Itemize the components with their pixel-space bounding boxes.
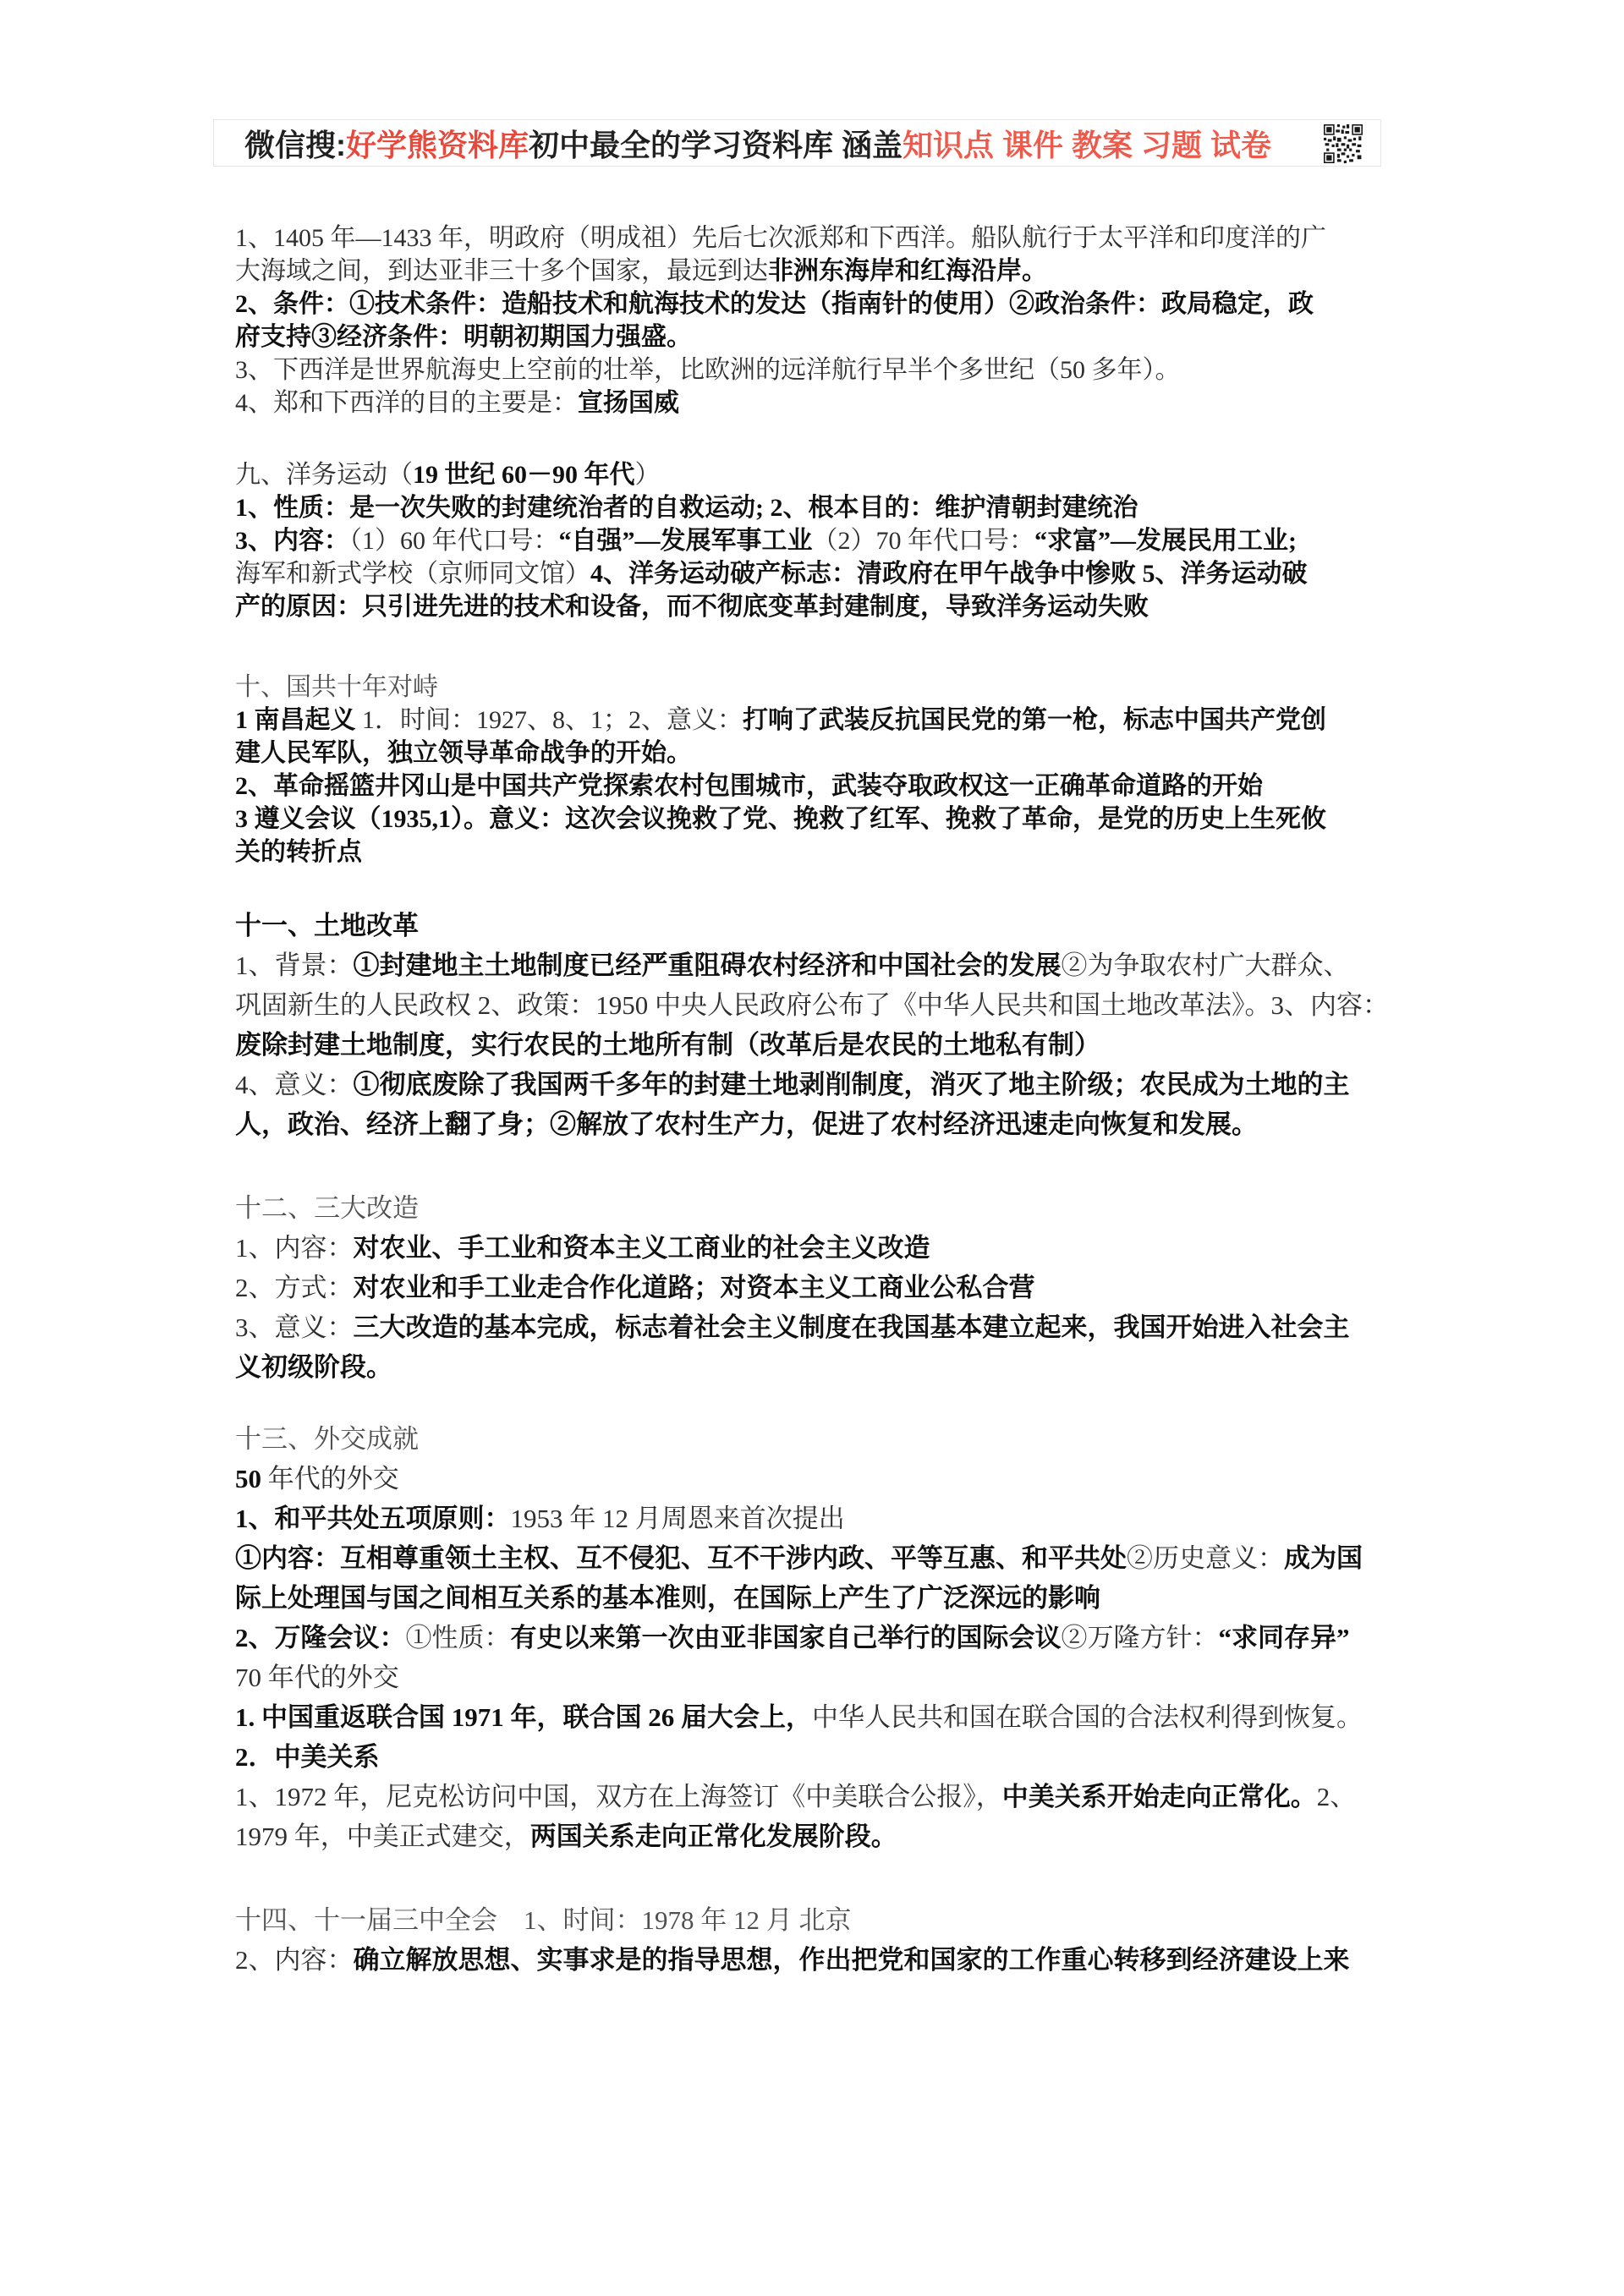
doc-text: 1．时间：1927、8、1；2、意义： [356,706,743,734]
doc-line: 产的原因：只引进先进的技术和设备，而不彻底变革封建制度，导致洋务运动失败 [235,590,1392,623]
section-duizhi: 十、国共十年对峙1 南昌起义 1．时间：1927、8、1；2、意义：打响了武装反… [235,671,1392,869]
section-waijiao: 十三、外交成就50 年代的外交1、和平共处五项原则：1953 年 12 月周恩来… [235,1419,1392,1856]
doc-text: （2）70 年代口号： [813,527,1035,555]
doc-line: 1、1405 年—1433 年，明政府（明成祖）先后七次派郑和下西洋。船队航行于… [235,222,1392,255]
doc-line: 3、下西洋是世界航海史上空前的壮举，比欧洲的远洋航行早半个多世纪（50 多年）。 [235,353,1392,386]
doc-text: 大海域之间，到达亚非三十多个国家，最远到达 [235,257,768,285]
doc-line: 十四、十一届三中全会 1、时间：1978 年 12 月 北京 [235,1900,1392,1940]
doc-text-bold: 建人民军队，独立领导革命战争的开始。 [235,739,692,767]
doc-text: ②万隆方针： [1062,1623,1219,1652]
doc-text-bold: 对农业、手工业和资本主义工商业的社会主义改造 [354,1233,930,1263]
doc-text-bold: 4、洋务运动破产标志：清政府在甲午战争中惨败 5、洋务运动破 [590,560,1308,588]
doc-text-bold: 3、内容： [235,527,349,555]
doc-text-bold: 三大改造的基本完成，标志着社会主义制度在我国基本建立起来，我国开始进入社会主 [354,1312,1350,1342]
doc-text-bold: 义初级阶段。 [235,1352,392,1382]
doc-text: 1、内容： [235,1233,354,1263]
doc-text-bold: 际上处理国与国之间相互关系的基本准则，在国际上产生了广泛深远的影响 [235,1583,1100,1613]
doc-line: 2、内容：确立解放思想、实事求是的指导思想，作出把党和国家的工作重心转移到经济建… [235,1940,1392,1980]
doc-text-bold: 人，政治、经济上翻了身；②解放了农村生产力，促进了农村经济迅速走向恢复和发展。 [235,1110,1258,1139]
qr-code-icon [1324,124,1363,163]
doc-line: 3 遵义会议（1935,1）。意义：这次会议挽救了党、挽救了红军、挽救了革命，是… [235,803,1392,836]
banner-description-label: 初中最全的学习资料库 涵盖 [529,122,903,165]
doc-line: 2、万隆会议：①性质：有史以来第一次由亚非国家自己举行的国际会议②万隆方针：“求… [235,1618,1392,1658]
doc-line: 50 年代的外交 [235,1459,1392,1499]
doc-text: 2、 [1317,1782,1357,1811]
doc-line: 建人民军队，独立领导革命战争的开始。 [235,737,1392,770]
doc-text-bold: “求富”—发展民用工业; [1034,527,1297,555]
doc-line: 十、国共十年对峙 [235,671,1392,704]
doc-text: 海军和新式学校（京师同文馆） [235,560,590,588]
doc-text: 中华人民共和国在联合国的合法权利得到恢复。 [812,1702,1363,1732]
doc-line: 大海域之间，到达亚非三十多个国家，最远到达非洲东海岸和红海沿岸。 [235,255,1392,288]
doc-text: 1、1972 年，尼克松访问中国，双方在上海签订《中美联合公报》， [235,1782,1002,1811]
doc-text-bold: 关的转折点 [235,838,362,866]
doc-text-bold: “求同存异” [1219,1623,1350,1652]
doc-text-bold: “自强”—发展军事工业 [559,527,813,555]
doc-text-bold: 有史以来第一次由亚非国家自己举行的国际会议 [511,1623,1062,1652]
section-zhenghe: 1、1405 年—1433 年，明政府（明成祖）先后七次派郑和下西洋。船队航行于… [235,222,1392,419]
doc-line: 1、性质：是一次失败的封建统治者的自救运动; 2、根本目的：维护清朝封建统治 [235,491,1392,524]
section-yangwu: 九、洋务运动（19 世纪 60－90 年代）1、性质：是一次失败的封建统治者的自… [235,458,1392,623]
doc-line: 义初级阶段。 [235,1347,1392,1387]
doc-text: 九、洋务运动（ [235,461,413,489]
doc-text-bold: 非洲东海岸和红海沿岸。 [768,257,1047,285]
doc-line: 1 南昌起义 1．时间：1927、8、1；2、意义：打响了武装反抗国民党的第一枪… [235,704,1392,737]
doc-text-bold: 废除封建土地制度，实行农民的土地所有制（改革后是农民的土地私有制） [235,1030,1100,1060]
doc-text: 1979 年，中美正式建交， [235,1822,530,1851]
doc-line: 3、内容：（1）60 年代口号：“自强”—发展军事工业（2）70 年代口号：“求… [235,524,1392,557]
doc-line: 际上处理国与国之间相互关系的基本准则，在国际上产生了广泛深远的影响 [235,1578,1392,1618]
doc-text-bold: 打响了武装反抗国民党的第一枪，标志中国共产党创 [743,706,1326,734]
doc-line: 3、意义：三大改造的基本完成，标志着社会主义制度在我国基本建立起来，我国开始进入… [235,1307,1392,1347]
doc-line: 2、条件：①技术条件：造船技术和航海技术的发达（指南针的使用）②政治条件：政局稳… [235,288,1392,321]
doc-text-bold: 府支持③经济条件：明朝初期国力强盛。 [235,323,692,351]
doc-text-bold: 1. 中国重返联合国 1971 年，联合国 26 届大会上， [235,1702,812,1732]
doc-text: 1953 年 12 月周恩来首次提出 [511,1504,845,1533]
doc-line: 十二、三大改造 [235,1188,1392,1228]
doc-text: 3、下西洋是世界航海史上空前的壮举，比欧洲的远洋航行早半个多世纪（50 多年）。 [235,356,1181,384]
doc-text-bold: 1、和平共处五项原则： [235,1504,511,1533]
doc-text: ②历史意义： [1127,1543,1284,1573]
doc-line: 关的转折点 [235,836,1392,869]
doc-line: 巩固新生的人民政权 2、政策：1950 中央人民政府公布了《中华人民共和国土地改… [235,985,1392,1025]
doc-text-bold: 2．中美关系 [235,1742,380,1772]
doc-line: 2、革命摇篮井冈山是中国共产党探索农村包围城市，武装夺取政权这一正确革命道路的开… [235,770,1392,803]
doc-text-bold: 2、条件：①技术条件：造船技术和航海技术的发达（指南针的使用）②政治条件：政局稳… [235,290,1314,318]
doc-text-bold: 确立解放思想、实事求是的指导思想，作出把党和国家的工作重心转移到经济建设上来 [354,1945,1350,1975]
doc-text-bold: 1、性质：是一次失败的封建统治者的自救运动; 2、根本目的：维护清朝封建统治 [235,494,1138,522]
doc-text: 十、国共十年对峙 [235,673,438,701]
doc-text: 4、郑和下西洋的目的主要是： [235,389,578,417]
doc-line: 1、和平共处五项原则：1953 年 12 月周恩来首次提出 [235,1499,1392,1538]
doc-line: 1、背景：①封建地主土地制度已经严重阻碍农村经济和中国社会的发展②为争取农村广大… [235,945,1392,985]
doc-text-bold: ①内容：互相尊重领土主权、互不侵犯、互不干涉内政、平等互惠、和平共处 [235,1543,1127,1573]
doc-text: 1、背景： [235,951,354,980]
doc-line: 4、意义：①彻底废除了我国两千多年的封建土地剥削制度，消灭了地主阶级；农民成为土… [235,1065,1392,1104]
doc-line: 1979 年，中美正式建交，两国关系走向正常化发展阶段。 [235,1817,1392,1856]
doc-text-bold: 1 南昌起义 [235,706,356,734]
banner-tags-label: 知识点 课件 教案 习题 试卷 [903,122,1271,165]
doc-text-bold: 2、万隆会议： [235,1623,406,1652]
wechat-promo-banner: 微信搜:好学熊资料库 初中最全的学习资料库 涵盖知识点 课件 教案 习题 试卷 [213,119,1381,167]
doc-text-bold: ①封建地主土地制度已经严重阻碍农村经济和中国社会的发展 [354,951,1062,980]
document-body: 1、1405 年—1433 年，明政府（明成祖）先后七次派郑和下西洋。船队航行于… [235,208,1392,1980]
doc-text: （1）60 年代口号： [349,527,559,555]
doc-text: 1、1405 年—1433 年，明政府（明成祖）先后七次派郑和下西洋。船队航行于… [235,224,1326,252]
doc-text-bold: 19 世纪 60－90 年代 [413,461,635,489]
doc-text-bold: 十一、土地改革 [235,911,419,940]
doc-line: 海军和新式学校（京师同文馆）4、洋务运动破产标志：清政府在甲午战争中惨败 5、洋… [235,557,1392,590]
doc-text-bold: 宣扬国威 [578,389,679,417]
document-page: { "colors": { "banner_text_black": "#1f1… [0,0,1624,2296]
doc-text-bold: 2、革命摇篮井冈山是中国共产党探索农村包围城市，武装夺取政权这一正确革命道路的开… [235,772,1263,800]
doc-line: 人，政治、经济上翻了身；②解放了农村生产力，促进了农村经济迅速走向恢复和发展。 [235,1104,1392,1144]
doc-text: 4、意义： [235,1070,354,1099]
doc-line: 4、郑和下西洋的目的主要是：宣扬国威 [235,386,1392,419]
doc-line: 九、洋务运动（19 世纪 60－90 年代） [235,458,1392,491]
doc-text: 巩固新生的人民政权 2、政策：1950 中央人民政府公布了《中华人民共和国土地改… [235,990,1389,1020]
doc-text-bold: ①彻底废除了我国两千多年的封建土地剥削制度，消灭了地主阶级；农民成为土地的主 [354,1070,1350,1099]
doc-text: 年代的外交 [268,1464,399,1493]
section-sandagaizao: 十二、三大改造1、内容：对农业、手工业和资本主义工商业的社会主义改造2、方式：对… [235,1188,1392,1387]
doc-line: ①内容：互相尊重领土主权、互不侵犯、互不干涉内政、平等互惠、和平共处②历史意义：… [235,1538,1392,1578]
doc-text: 十三、外交成就 [235,1424,419,1454]
doc-text-bold: 对农业和手工业走合作化道路；对资本主义工商业公私合营 [354,1273,1035,1302]
doc-text-bold: 3 遵义会议（1935,1）。意义：这次会议挽救了党、挽救了红军、挽救了革命，是… [235,805,1326,833]
doc-line: 2．中美关系 [235,1737,1392,1777]
doc-line: 十三、外交成就 [235,1419,1392,1459]
doc-line: 2、方式：对农业和手工业走合作化道路；对资本主义工商业公私合营 [235,1268,1392,1307]
doc-text: ①性质： [406,1623,511,1652]
doc-text-bold: 中美关系开始走向正常化。 [1002,1782,1317,1811]
doc-text: 2、方式： [235,1273,354,1302]
doc-line: 1、内容：对农业、手工业和资本主义工商业的社会主义改造 [235,1228,1392,1268]
doc-line: 十一、土地改革 [235,906,1392,945]
doc-text: ） [635,461,661,489]
doc-text: 70 年代的外交 [235,1663,399,1692]
doc-line: 1. 中国重返联合国 1971 年，联合国 26 届大会上，中华人民共和国在联合… [235,1697,1392,1737]
doc-text: 十二、三大改造 [235,1193,419,1223]
doc-text: 3、意义： [235,1312,354,1342]
doc-text-bold: 50 [235,1464,268,1493]
section-sanzhongquanhui: 十四、十一届三中全会 1、时间：1978 年 12 月 北京2、内容：确立解放思… [235,1900,1392,1980]
doc-text: 2、内容： [235,1945,354,1975]
doc-text: ②为争取农村广大群众、 [1062,951,1350,980]
doc-text: 十四、十一届三中全会 1、时间：1978 年 12 月 北京 [235,1905,852,1935]
section-tudigaige: 十一、土地改革1、背景：①封建地主土地制度已经严重阻碍农村经济和中国社会的发展②… [235,906,1392,1144]
doc-line: 废除封建土地制度，实行农民的土地所有制（改革后是农民的土地私有制） [235,1025,1392,1065]
doc-text-bold: 成为国 [1284,1543,1363,1573]
banner-prefix-label: 微信搜: [244,122,346,165]
doc-line: 府支持③经济条件：明朝初期国力强盛。 [235,321,1392,353]
doc-line: 70 年代的外交 [235,1658,1392,1697]
doc-line: 1、1972 年，尼克松访问中国，双方在上海签订《中美联合公报》，中美关系开始走… [235,1777,1392,1817]
doc-text-bold: 两国关系走向正常化发展阶段。 [530,1822,897,1851]
banner-brand-label: 好学熊资料库 [346,122,529,165]
doc-text-bold: 产的原因：只引进先进的技术和设备，而不彻底变革封建制度，导致洋务运动失败 [235,593,1149,621]
